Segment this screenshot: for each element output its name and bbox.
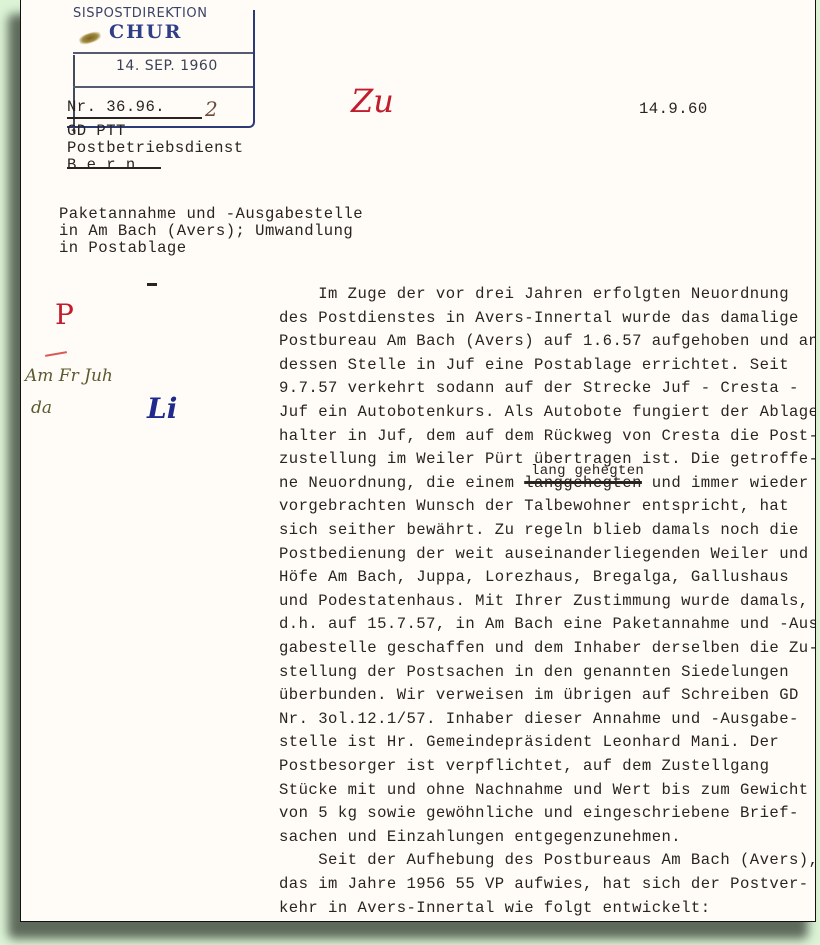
body-line: von 5 kg sowie gewöhnliche und eingeschr…	[279, 802, 799, 826]
body-line: Stücke mit und ohne Nachnahme und Wert b…	[279, 779, 809, 803]
body-line: Juf ein Autobotenkurs. Als Autobote fung…	[279, 401, 816, 425]
body-line: und Podestatenhaus. Mit Ihrer Zustimmung…	[279, 590, 809, 614]
subject-line-2: in Am Bach (Avers); Umwandlung	[59, 223, 353, 240]
body-line: Im Zuge der vor drei Jahren erfolgten Ne…	[279, 283, 789, 307]
stamp-authority: SISPOSTDIREKTION	[73, 6, 208, 21]
letter-page: SISPOSTDIREKTION CHUR 14. SEP. 1960 Nr. …	[20, 0, 816, 922]
body-line: des Postdienstes in Avers-Innertal wurde…	[279, 307, 799, 331]
body-line: überbunden. Wir verweisen im übrigen auf…	[279, 684, 799, 708]
stamp-date: 14. SEP. 1960	[116, 58, 218, 74]
body-line-segment: und immer wieder	[642, 474, 809, 492]
body-line: Postbureau Am Bach (Avers) auf 1.6.57 au…	[279, 330, 816, 354]
recipient-underline	[67, 167, 161, 169]
body-line: stellung der Postsachen in den genannten…	[279, 661, 789, 685]
reference-handwritten: 2	[205, 97, 218, 121]
body-line: sachen und Einzahlungen entgegenzunehmen…	[279, 826, 681, 850]
body-line: dessen Stelle in Juf eine Postablage err…	[279, 354, 789, 378]
red-initials: Zu	[351, 82, 394, 120]
body-line: Höfe Am Bach, Juppa, Lorezhaus, Bregalga…	[279, 566, 789, 590]
struck-word: langgehegten	[524, 474, 642, 492]
margin-red-stroke	[45, 351, 67, 357]
subject-line-3: in Postablage	[59, 240, 187, 257]
letter-date: 14.9.60	[639, 98, 708, 122]
margin-olive-note-2: da	[31, 398, 52, 418]
body-line: kehr in Avers-Innertal wie folgt entwick…	[279, 897, 711, 921]
stamp-rule-middle	[73, 86, 253, 88]
body-line: Nr. 3ol.12.1/57. Inhaber dieser Annahme …	[279, 708, 799, 732]
stamp-city: CHUR	[109, 21, 182, 43]
body-line: halter in Juf, dem auf dem Rückweg von C…	[279, 425, 816, 449]
body-line: vorgebrachten Wunsch der Talbewohner ent…	[279, 495, 789, 519]
body-line: sich seither bewährt. Zu regeln blieb da…	[279, 519, 799, 543]
body-line: 9.7.57 verkehrt sodann auf der Strecke J…	[279, 377, 799, 401]
reference-underline	[67, 117, 202, 119]
margin-red-letter: P	[55, 298, 74, 331]
body-line: stelle ist Hr. Gemeindepräsident Leonhar…	[279, 731, 779, 755]
body-line: d.h. auf 15.7.57, in Am Bach eine Paketa…	[279, 613, 816, 637]
body-line-corrected: ne Neuordnung, die einem langgehegten un…	[279, 472, 809, 496]
margin-olive-note-1: Am Fr Juh	[25, 366, 113, 386]
body-line: Postbedienung der weit auseinanderliegen…	[279, 543, 809, 567]
body-line: das im Jahre 1956 55 VP aufwies, hat sic…	[279, 873, 809, 897]
margin-blue-initials: Li	[147, 392, 177, 425]
body-line: gabestelle geschaffen und dem Inhaber de…	[279, 637, 816, 661]
stamp-rule-top	[73, 52, 253, 54]
recipient-line-3: B e r n	[67, 154, 136, 178]
subject-separator	[147, 283, 157, 286]
body-line: Postbesorger ist verpflichtet, auf dem Z…	[279, 755, 769, 779]
body-line: Seit der Aufhebung des Postbureaus Am Ba…	[279, 849, 816, 873]
subject-line-1: Paketannahme und -Ausgabestelle	[59, 206, 363, 223]
body-line-segment: ne Neuordnung, die einem	[279, 474, 524, 492]
